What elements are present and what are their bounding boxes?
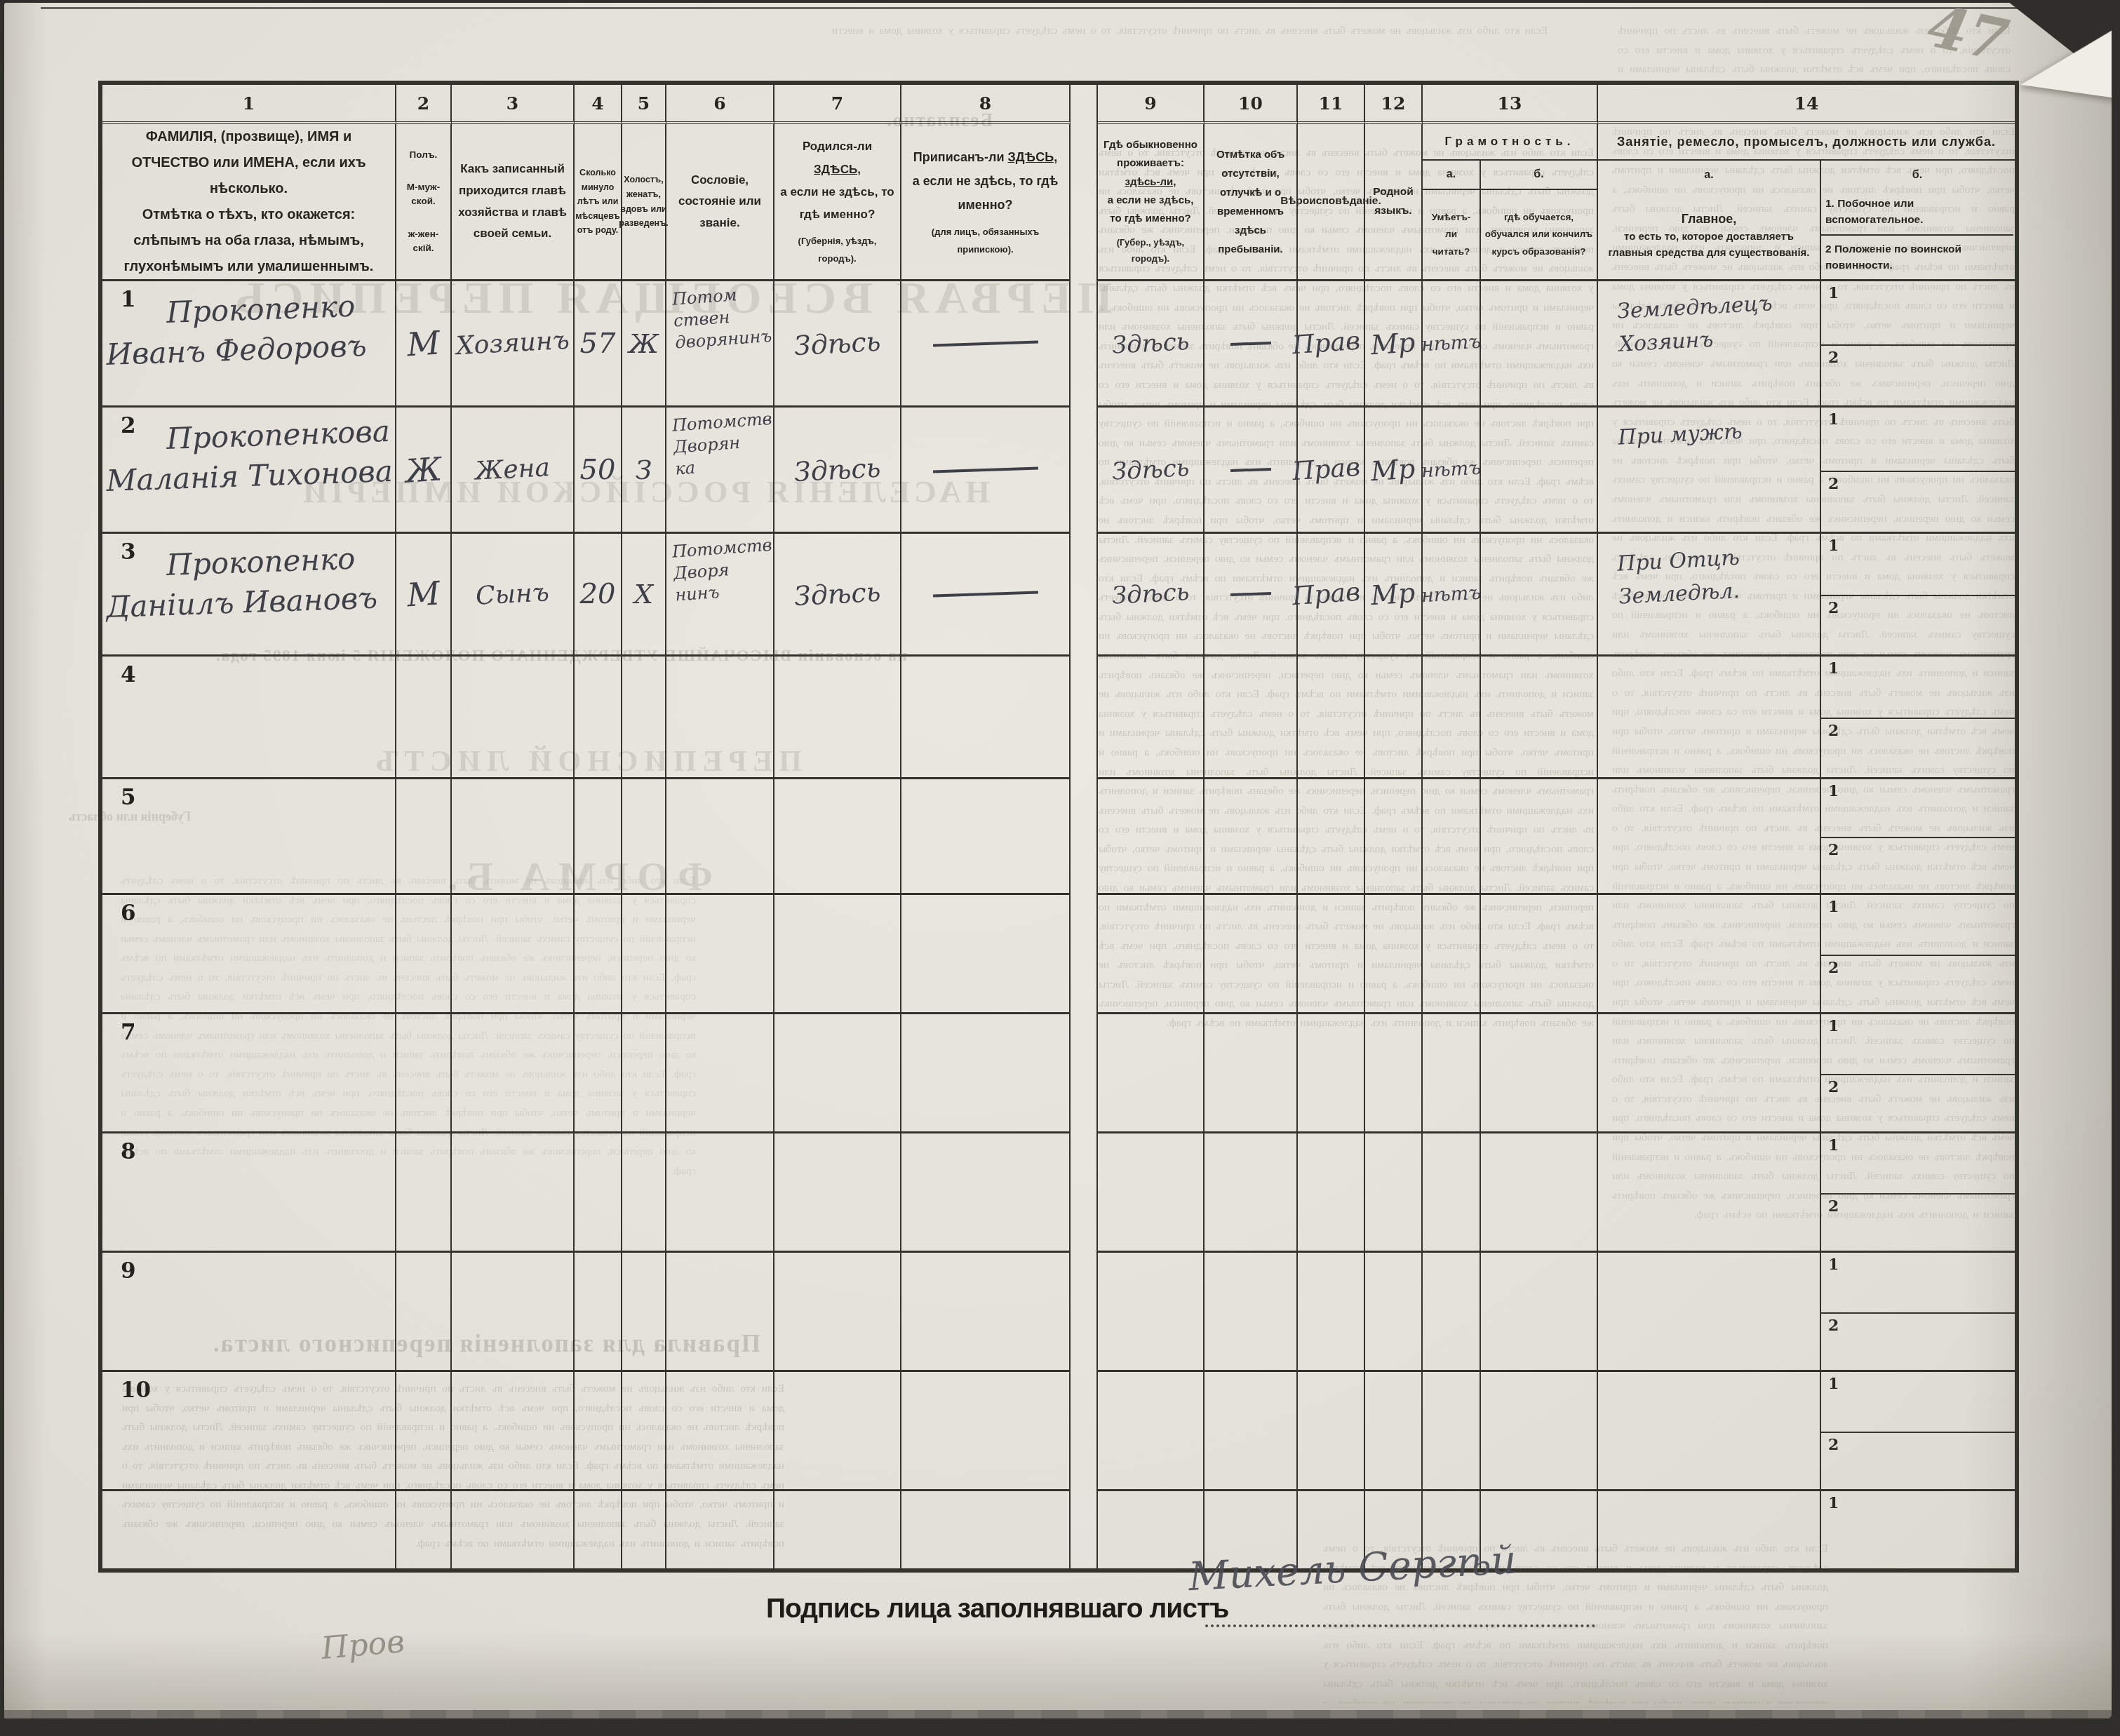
given-name: Иванъ Федоровъ <box>106 328 396 372</box>
cell-name: 4 <box>102 657 396 779</box>
col5-number: 5 <box>622 85 666 124</box>
col2-header-l1: Полъ. <box>410 148 438 162</box>
subcell-military: 2 <box>1821 596 2015 654</box>
cell-reads <box>1423 657 1481 779</box>
cell-estate <box>666 1491 774 1568</box>
marital-entry: Ж <box>629 328 659 359</box>
col3-header: Какъ записанный приходится главѣ хозяйст… <box>452 124 575 281</box>
census-grid: 1 2 3 4 5 6 7 8 9 10 11 12 13 14 ФАМИЛІЯ… <box>102 85 2015 1568</box>
cell-born-here <box>774 1491 901 1568</box>
row-number: 10 <box>121 1378 151 1403</box>
sex-entry: Ж <box>404 450 443 490</box>
cell-registered <box>901 1253 1071 1372</box>
subcell-1-label: 1 <box>1828 537 1839 555</box>
cell-relation <box>452 1491 575 1568</box>
cell-marital <box>622 1133 666 1253</box>
subcell-side: 1 <box>1821 1253 2015 1314</box>
estate-entry: ПотомствДворянинъ <box>664 530 776 607</box>
torn-bottom-edge <box>4 1710 2112 1718</box>
cell-language: Мр <box>1365 281 1423 408</box>
subcell-side: 1 <box>1821 1372 2015 1433</box>
cell-sex <box>396 1253 452 1372</box>
row-number: 9 <box>121 1258 136 1284</box>
cell-relation <box>452 1133 575 1253</box>
subcell-1-label: 1 <box>1828 1136 1839 1155</box>
col12-header: Родной языкъ. <box>1365 124 1423 281</box>
subcell-side: 1 <box>1821 1491 2015 1568</box>
subcell-2-label: 2 <box>1828 959 1839 977</box>
cell-name: 7 <box>102 1014 396 1133</box>
cell-marital: Х <box>622 534 666 657</box>
scan-edge-line <box>41 7 2026 9</box>
occupation-entry: При ОтцѣЗемледѣл. <box>1596 528 1821 614</box>
cell-registered <box>901 1133 1071 1253</box>
cell-registered <box>901 1491 1071 1568</box>
ghost-text-topline: Если кто либо изъ жильцовъ не можетъ быт… <box>832 21 1548 42</box>
col8-post: а если не здѣсь, то гдѣ именно? <box>906 169 1064 217</box>
cell-registered <box>901 895 1071 1014</box>
subcell-military: 2 <box>1821 719 2015 777</box>
col11-header: Вѣроисповѣданіе. <box>1298 124 1365 281</box>
cell-education <box>1481 895 1598 1014</box>
col14a-label: а. <box>1598 161 1820 190</box>
cell-education <box>1481 534 1598 657</box>
cell-resides: Здѣсь <box>1098 408 1205 534</box>
col6-header: Сословіе, состояніе или званіе. <box>666 124 774 281</box>
cell-occupation-main <box>1598 657 1821 779</box>
cell-relation <box>452 1014 575 1133</box>
cell-estate: ПотомствДворянка <box>666 408 774 534</box>
cell-estate: Потомствендворянинъ <box>666 281 774 408</box>
subcell-1-label: 1 <box>1828 1256 1839 1274</box>
cell-registered <box>901 534 1071 657</box>
cell-name: 9 <box>102 1253 396 1372</box>
side-occupation-subcells: 12 <box>1821 534 2015 654</box>
cell-sex: М <box>396 281 452 408</box>
col13b-label: б. <box>1481 161 1597 190</box>
cell-resides <box>1098 1372 1205 1491</box>
row-number: 5 <box>121 785 136 810</box>
cell-reads <box>1423 1133 1481 1253</box>
cell-name: 2ПрокопенковаМаланія Тихонова <box>102 408 396 534</box>
marital-entry: Х <box>634 579 653 610</box>
col14b: б. 1. Побочное или вспомогательное. 2 По… <box>1821 161 2013 279</box>
cell-religion <box>1298 657 1365 779</box>
subcell-side: 1 <box>1821 895 2015 956</box>
cell-estate <box>666 895 774 1014</box>
cell-name: 10 <box>102 1372 396 1491</box>
cell-absence <box>1205 408 1298 534</box>
col1-header-line1: ФАМИЛІЯ, (прозвище), ИМЯ и ОТЧЕСТВО или … <box>107 124 390 202</box>
cell-relation: Сынъ <box>452 534 575 657</box>
cell-occupation-side: 12 <box>1821 657 2015 779</box>
subcell-side: 1 <box>1821 1133 2015 1195</box>
reads-entry: нѣтъ <box>1421 331 1482 356</box>
cell-sex: Ж <box>396 408 452 534</box>
cell-born-here <box>774 1014 901 1133</box>
cell-occupation-main <box>1598 895 1821 1014</box>
col14-number: 14 <box>1598 85 2015 124</box>
col2-number: 2 <box>396 85 452 124</box>
cell-sex <box>396 1133 452 1253</box>
cell-language <box>1365 1014 1423 1133</box>
cell-name: 6 <box>102 895 396 1014</box>
resides-entry: Здѣсь <box>1111 328 1190 360</box>
cell-language <box>1365 779 1423 895</box>
cell-name: 5 <box>102 779 396 895</box>
cell-age <box>575 1491 622 1568</box>
row-number: 6 <box>121 901 136 926</box>
cell-occupation-side: 12 <box>1821 408 2015 534</box>
relation-entry: Сынъ <box>475 578 550 610</box>
cell-marital: З <box>622 408 666 534</box>
cell-estate <box>666 1014 774 1133</box>
col12-number: 12 <box>1365 85 1423 124</box>
cell-occupation-side: 12 <box>1821 281 2015 408</box>
dash-mark <box>1230 341 1270 345</box>
side-occupation-subcells: 12 <box>1821 281 2015 405</box>
cell-estate <box>666 1133 774 1253</box>
cell-language <box>1365 657 1423 779</box>
subcell-1-label: 1 <box>1828 782 1839 800</box>
cell-born-here <box>774 1253 901 1372</box>
given-name: Даніилъ Ивановъ <box>106 580 396 624</box>
handwritten-name: ПрокопенковаМаланія Тихонова <box>101 403 396 498</box>
cell-sex <box>396 895 452 1014</box>
cell-sex <box>396 1491 452 1568</box>
col14a: а. Главное, то есть то, которое доставля… <box>1598 161 1821 279</box>
cell-religion <box>1298 779 1365 895</box>
subcell-2-label: 2 <box>1828 599 1839 617</box>
subcell-military: 2 <box>1821 1075 2015 1131</box>
cell-marital <box>622 1491 666 1568</box>
col1-number: 1 <box>102 85 396 124</box>
paper-sheet: Если кто либо изъ жильцовъ не можетъ быт… <box>4 3 2112 1718</box>
cell-name: 8 <box>102 1133 396 1253</box>
cell-religion <box>1298 1372 1365 1491</box>
col13b: б. гдѣ обучается, обучался или кончилъ к… <box>1481 161 1597 279</box>
dash-mark <box>932 466 1038 473</box>
col8-header: Приписанъ-ли ЗДѢСЬ, а если не здѣсь, то … <box>901 124 1071 281</box>
cell-name <box>102 1491 396 1568</box>
born-entry: Здѣсь <box>793 452 881 487</box>
cell-religion: Прав <box>1298 281 1365 408</box>
cell-occupation-side: 12 <box>1821 1253 2015 1372</box>
cell-marital <box>622 1014 666 1133</box>
cell-registered <box>901 1372 1071 1491</box>
subcell-side: 1 <box>1821 779 2015 838</box>
cell-born-here <box>774 779 901 895</box>
fold-gutter <box>1071 85 1098 1568</box>
signature-dotted-line <box>1205 1596 1595 1627</box>
cell-language: Мр <box>1365 408 1423 534</box>
cell-resides <box>1098 1014 1205 1133</box>
resides-entry: Здѣсь <box>1111 578 1190 610</box>
cell-education <box>1481 408 1598 534</box>
side-occupation-subcells: 12 <box>1821 1133 2015 1251</box>
subcell-2-label: 2 <box>1828 1436 1839 1454</box>
col14-title: Занятіе, ремесло, промыселъ, должность и… <box>1598 124 2015 161</box>
cell-language <box>1365 1372 1423 1491</box>
cell-marital <box>622 1253 666 1372</box>
cell-resides <box>1098 1253 1205 1372</box>
subcell-side: 1 <box>1821 657 2015 719</box>
subcell-side: 1 <box>1821 1014 2015 1075</box>
cell-reads <box>1423 895 1481 1014</box>
surname: Прокопенко <box>166 540 396 582</box>
subcell-1-label: 1 <box>1828 1375 1839 1393</box>
cell-born-here: Здѣсь <box>774 281 901 408</box>
cell-reads <box>1423 779 1481 895</box>
cell-resides <box>1098 657 1205 779</box>
col13-header: Грамотность. а. Умѣетъ-ли читать? б. гдѣ… <box>1423 124 1598 281</box>
age-entry: 20 <box>580 578 616 610</box>
cell-sex <box>396 657 452 779</box>
cell-occupation-main <box>1598 779 1821 895</box>
cell-occupation-main: При ОтцѣЗемледѣл. <box>1598 534 1821 657</box>
cell-occupation-main <box>1598 1253 1821 1372</box>
cell-occupation-side: 1 <box>1821 1491 2015 1568</box>
col14b2-text: 2 Положеніе по воинской повинности. <box>1821 236 2013 280</box>
cell-education <box>1481 1253 1598 1372</box>
estate-entry: ПотомствДворянка <box>664 404 776 481</box>
estate-entry: Потомствендворянинъ <box>664 278 776 355</box>
cell-occupation-side: 12 <box>1821 1133 2015 1253</box>
cell-language <box>1365 1133 1423 1253</box>
subcell-2-label: 2 <box>1828 1317 1839 1335</box>
col13a-text: Умѣетъ-ли читать? <box>1423 190 1480 279</box>
col7-post: а если не здѣсь, то гдѣ именно? <box>779 181 895 227</box>
subcell-military: 2 <box>1821 1433 2015 1489</box>
row-number: 4 <box>121 662 136 687</box>
cell-estate <box>666 779 774 895</box>
cell-marital: Ж <box>622 281 666 408</box>
occupation-entry: ЗемледѣлецъХозяинъ <box>1596 276 1821 362</box>
occupation-line: При мужѣ <box>1617 412 1820 455</box>
cell-age: 57 <box>575 281 622 408</box>
subcell-1-label: 1 <box>1828 410 1839 429</box>
col4-number: 4 <box>575 85 622 124</box>
cell-relation <box>452 895 575 1014</box>
cell-religion: Прав <box>1298 408 1365 534</box>
born-entry: Здѣсь <box>793 577 881 612</box>
cell-resides: Здѣсь <box>1098 281 1205 408</box>
col9-post: а если не здѣсь, то гдѣ именно? <box>1103 191 1198 229</box>
dash-mark <box>932 591 1038 597</box>
surname: Прокопенко <box>166 288 396 330</box>
cell-education <box>1481 281 1598 408</box>
col13-number: 13 <box>1423 85 1598 124</box>
cell-occupation-side: 12 <box>1821 1014 2015 1133</box>
cell-registered <box>901 281 1071 408</box>
subcell-1-label: 1 <box>1828 659 1839 678</box>
cell-born-here: Здѣсь <box>774 534 901 657</box>
cell-religion <box>1298 1253 1365 1372</box>
cell-registered <box>901 779 1071 895</box>
cell-reads: нѣтъ <box>1423 534 1481 657</box>
cell-estate <box>666 1253 774 1372</box>
cell-relation <box>452 657 575 779</box>
resides-entry: Здѣсь <box>1111 454 1190 486</box>
side-occupation-subcells: 12 <box>1821 1014 2015 1131</box>
language-entry: Мр <box>1370 577 1416 611</box>
side-occupation-subcells: 12 <box>1821 408 2015 532</box>
cell-registered <box>901 1014 1071 1133</box>
religion-entry: Прав <box>1291 577 1360 611</box>
side-occupation-subcells: 12 <box>1821 895 2015 1012</box>
cell-resides <box>1098 1133 1205 1253</box>
dash-mark <box>1230 592 1270 596</box>
cell-age <box>575 1133 622 1253</box>
col2-header: Полъ. М-муж-ской. ж-жен-скій. <box>396 124 452 281</box>
col9-pre: Гдѣ обыкновенно проживаетъ: здѣсь-ли, <box>1103 136 1198 191</box>
cell-marital <box>622 779 666 895</box>
sex-entry: М <box>405 574 441 614</box>
cell-absence <box>1205 657 1298 779</box>
col14a-text: Главное, то есть то, которое доставляетъ… <box>1598 190 1820 279</box>
cell-language: Мр <box>1365 534 1423 657</box>
cell-born-here <box>774 1133 901 1253</box>
col14-header: Занятіе, ремесло, промыселъ, должность и… <box>1598 124 2015 281</box>
cell-age <box>575 1372 622 1491</box>
cell-religion <box>1298 895 1365 1014</box>
col13b-text: гдѣ обучается, обучался или кончилъ курс… <box>1481 190 1597 279</box>
cell-age <box>575 779 622 895</box>
cell-reads <box>1423 1014 1481 1133</box>
cell-education <box>1481 779 1598 895</box>
row-number: 7 <box>121 1020 136 1045</box>
cell-absence <box>1205 534 1298 657</box>
cell-registered <box>901 408 1071 534</box>
subcell-side: 1 <box>1821 534 2015 596</box>
subcell-2-label: 2 <box>1828 1197 1839 1216</box>
col3-number: 3 <box>452 85 575 124</box>
cell-occupation-main: ЗемледѣлецъХозяинъ <box>1598 281 1821 408</box>
language-entry: Мр <box>1370 452 1416 486</box>
cell-age <box>575 895 622 1014</box>
born-entry: Здѣсь <box>793 325 881 361</box>
cell-age: 50 <box>575 408 622 534</box>
cell-sex <box>396 1014 452 1133</box>
cell-relation: Жена <box>452 408 575 534</box>
col5-header: Холостъ, женатъ, вдовъ или разведенъ. <box>622 124 666 281</box>
cell-occupation-side: 12 <box>1821 1372 2015 1491</box>
subcell-2-label: 2 <box>1828 349 1839 367</box>
cell-occupation-side: 12 <box>1821 895 2015 1014</box>
subcell-side: 1 <box>1821 281 2015 346</box>
cell-relation <box>452 779 575 895</box>
cell-relation: Хозяинъ <box>452 281 575 408</box>
side-occupation-subcells: 1 <box>1821 1491 2015 1568</box>
cell-name: 1ПрокопенкоИванъ Федоровъ <box>102 281 396 408</box>
reads-entry: нѣтъ <box>1421 581 1482 606</box>
age-entry: 57 <box>580 328 616 360</box>
cell-sex <box>396 1372 452 1491</box>
side-occupation-subcells: 12 <box>1821 1372 2015 1489</box>
cell-absence <box>1205 1014 1298 1133</box>
cell-resides: Здѣсь <box>1098 534 1205 657</box>
subcell-military: 2 <box>1821 346 2015 405</box>
cell-occupation-side: 12 <box>1821 534 2015 657</box>
census-table: 1 2 3 4 5 6 7 8 9 10 11 12 13 14 ФАМИЛІЯ… <box>98 81 2019 1573</box>
cell-age <box>575 1014 622 1133</box>
col10-number: 10 <box>1205 85 1298 124</box>
cell-occupation-main <box>1598 1014 1821 1133</box>
cell-age: 20 <box>575 534 622 657</box>
cell-estate: ПотомствДворянинъ <box>666 534 774 657</box>
subcell-1-label: 1 <box>1828 284 1839 302</box>
cell-sex: М <box>396 534 452 657</box>
col14b-label: б. <box>1821 161 2013 190</box>
cell-reads: нѣтъ <box>1423 281 1481 408</box>
cell-occupation-main <box>1598 1491 1821 1568</box>
cell-language <box>1365 1253 1423 1372</box>
cell-education <box>1481 1133 1598 1253</box>
handwritten-name: ПрокопенкоДаніилъ Ивановъ <box>101 529 396 624</box>
cell-absence <box>1205 1253 1298 1372</box>
col13a: а. Умѣетъ-ли читать? <box>1423 161 1481 279</box>
subcell-1-label: 1 <box>1828 898 1839 916</box>
cell-resides <box>1098 895 1205 1014</box>
cell-marital <box>622 1372 666 1491</box>
cell-religion: Прав <box>1298 534 1365 657</box>
col7-number: 7 <box>774 85 901 124</box>
cell-relation <box>452 1253 575 1372</box>
subcell-2-label: 2 <box>1828 722 1839 740</box>
col7-note: (Губернія, уѣздъ, городъ). <box>779 233 895 267</box>
subcell-military: 2 <box>1821 838 2015 893</box>
subcell-2-label: 2 <box>1828 1078 1839 1096</box>
cell-born-here <box>774 895 901 1014</box>
occupation-entry: При мужѣ <box>1597 402 1821 456</box>
cell-sex <box>396 779 452 895</box>
cell-occupation-main <box>1598 1372 1821 1491</box>
subcell-2-label: 2 <box>1828 841 1839 859</box>
cell-registered <box>901 657 1071 779</box>
side-occupation-subcells: 12 <box>1821 1253 2015 1370</box>
surname: Прокопенкова <box>166 414 396 456</box>
dog-ear-fold <box>2020 3 2112 100</box>
subcell-military: 2 <box>1821 1314 2015 1370</box>
cell-relation <box>452 1372 575 1491</box>
cell-absence <box>1205 1133 1298 1253</box>
cell-age <box>575 1253 622 1372</box>
col9-note: (Губер., уѣздъ, городъ). <box>1103 235 1198 267</box>
cell-age <box>575 657 622 779</box>
cell-education <box>1481 657 1598 779</box>
religion-entry: Прав <box>1291 327 1360 361</box>
cell-absence <box>1205 1372 1298 1491</box>
subcell-side: 1 <box>1821 408 2015 472</box>
cell-born-here <box>774 1372 901 1491</box>
subcell-1-label: 1 <box>1828 1017 1839 1035</box>
col11-number: 11 <box>1298 85 1365 124</box>
col1-header-line2: Отмѣтка о тѣхъ, кто окажется: слѣпымъ на… <box>107 202 390 280</box>
reads-entry: нѣтъ <box>1421 457 1482 482</box>
col13a-label: а. <box>1423 161 1480 190</box>
cell-marital <box>622 895 666 1014</box>
cell-occupation-main <box>1598 1133 1821 1253</box>
dash-mark <box>1230 467 1270 471</box>
signature-label: Подпись лица заполнявшаго листъ <box>766 1594 1228 1624</box>
given-name: Маланія Тихонова <box>106 454 396 498</box>
subcell-2-label: 2 <box>1828 475 1839 493</box>
relation-entry: Хозяинъ <box>455 326 570 361</box>
cell-reads: нѣтъ <box>1423 408 1481 534</box>
cell-education <box>1481 1372 1598 1491</box>
col13-title: Грамотность. <box>1423 124 1597 161</box>
col7-header: Родился-ли ЗДѢСЬ, а если не здѣсь, то гд… <box>774 124 901 281</box>
